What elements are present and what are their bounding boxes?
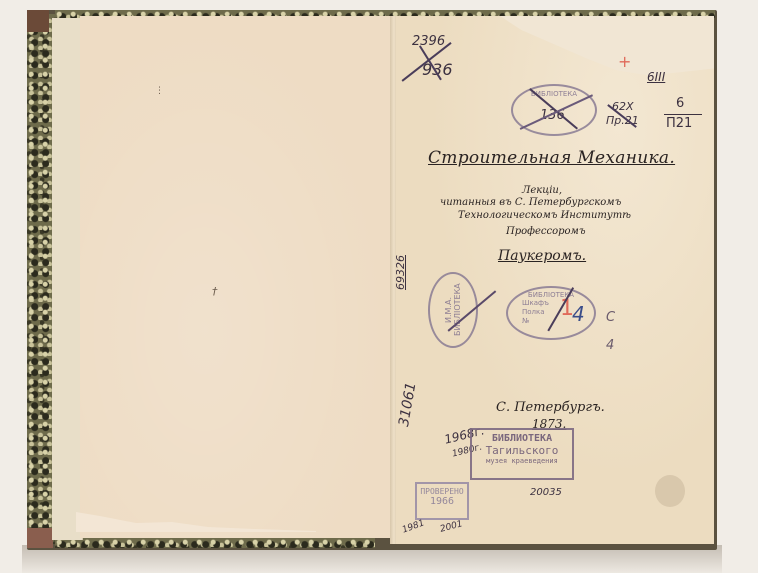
subtitle-line: Профессоромъ [506, 226, 586, 237]
left-flyleaf-page [80, 16, 392, 538]
shelfmark-top: 2396 [412, 34, 445, 49]
stamp-text: музея краеведения [472, 457, 572, 465]
leather-corner-bottom [27, 528, 53, 548]
subtitle-line: читанныя въ С. Петербургскомъ [440, 197, 621, 208]
leather-corner-top [27, 10, 49, 32]
pencil-mark: 4 [606, 338, 614, 353]
stamp-text: ПРОВЕРЕНО [417, 487, 467, 496]
book-title: Строительная Механика. [428, 148, 675, 168]
fraction-line [664, 114, 702, 115]
pencil-mark: † [212, 285, 218, 298]
pencil-mark: С [606, 310, 615, 325]
author-name: Паукеромъ. [498, 248, 586, 264]
corner-code: 6III [647, 70, 665, 84]
inventory-number: 20035 [530, 487, 562, 498]
red-cross-mark: + [618, 52, 631, 71]
subtitle-line: Лекцiи, [522, 185, 562, 196]
vertical-inventory-number: 69326 [394, 255, 407, 290]
endpaper-strip [52, 18, 83, 540]
publication-place: С. Петербургъ. [496, 400, 605, 415]
tagil-museum-library-stamp: БИБЛИОТЕКА Тагильского музея краеведения [470, 428, 574, 480]
stamp-text: БИБЛIОТЕКА [513, 90, 595, 98]
marbled-cover-bottom [55, 538, 375, 548]
stamp-text: БИБЛИОТЕКА [472, 433, 572, 444]
subtitle-line: Технологическомъ Институтѣ [458, 210, 631, 221]
stamp-text: 1966 [417, 496, 467, 507]
shelf-code-current-top: 6 [676, 96, 684, 111]
pencil-mark: ⋮ [155, 86, 164, 96]
shelf-code-current-bottom: П21 [666, 116, 692, 131]
checked-stamp: ПРОВЕРЕНО 1966 [415, 482, 469, 520]
stamp-text: Тагильского [472, 444, 572, 457]
water-stain [655, 475, 685, 507]
stamp-text: БИБЛIОТЕКА [508, 291, 594, 299]
blue-number-mark: 4 [572, 302, 585, 326]
marbled-cover-left [27, 14, 55, 544]
